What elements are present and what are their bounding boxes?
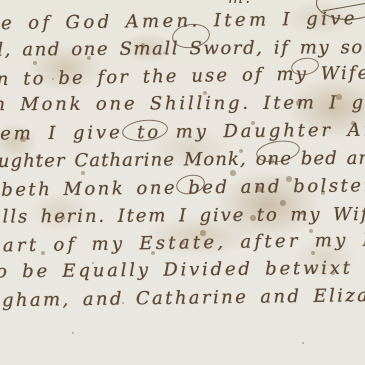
manuscript-line: alls herin. Item I give to my Wife one S xyxy=(0,203,365,227)
manuscript-line: aughter Catharine Monk, one bed and bols… xyxy=(0,147,365,172)
manuscript-line: ne of God Amen. Item I give to my S xyxy=(0,7,365,35)
manuscript-line: tem I give to my Daughter Anne Eshoh xyxy=(0,118,365,144)
manuscript-line: to be Equally Divided betwixt my Wife xyxy=(0,257,365,283)
foxing-speckles xyxy=(0,0,2,2)
manuscript-page: m. ne of God Amen. Item I give to my S l… xyxy=(0,0,365,365)
manuscript-line: ngham, and Catharine and Elizabeth Mon xyxy=(0,284,365,312)
manuscript-line: en to be for the use of my Wife and Chil xyxy=(0,61,365,91)
manuscript-line: ll, and one Small Sword, if my son Shoul… xyxy=(0,36,365,60)
manuscript-line: m Monk one Shilling. Item I give to m xyxy=(0,92,365,116)
cut-off-line-remnant: m. xyxy=(228,0,252,7)
manuscript-line: hart of my Estate, after my Lawfull xyxy=(0,228,365,256)
manuscript-line: abeth Monk one bed and bolster. Item I xyxy=(0,174,365,201)
